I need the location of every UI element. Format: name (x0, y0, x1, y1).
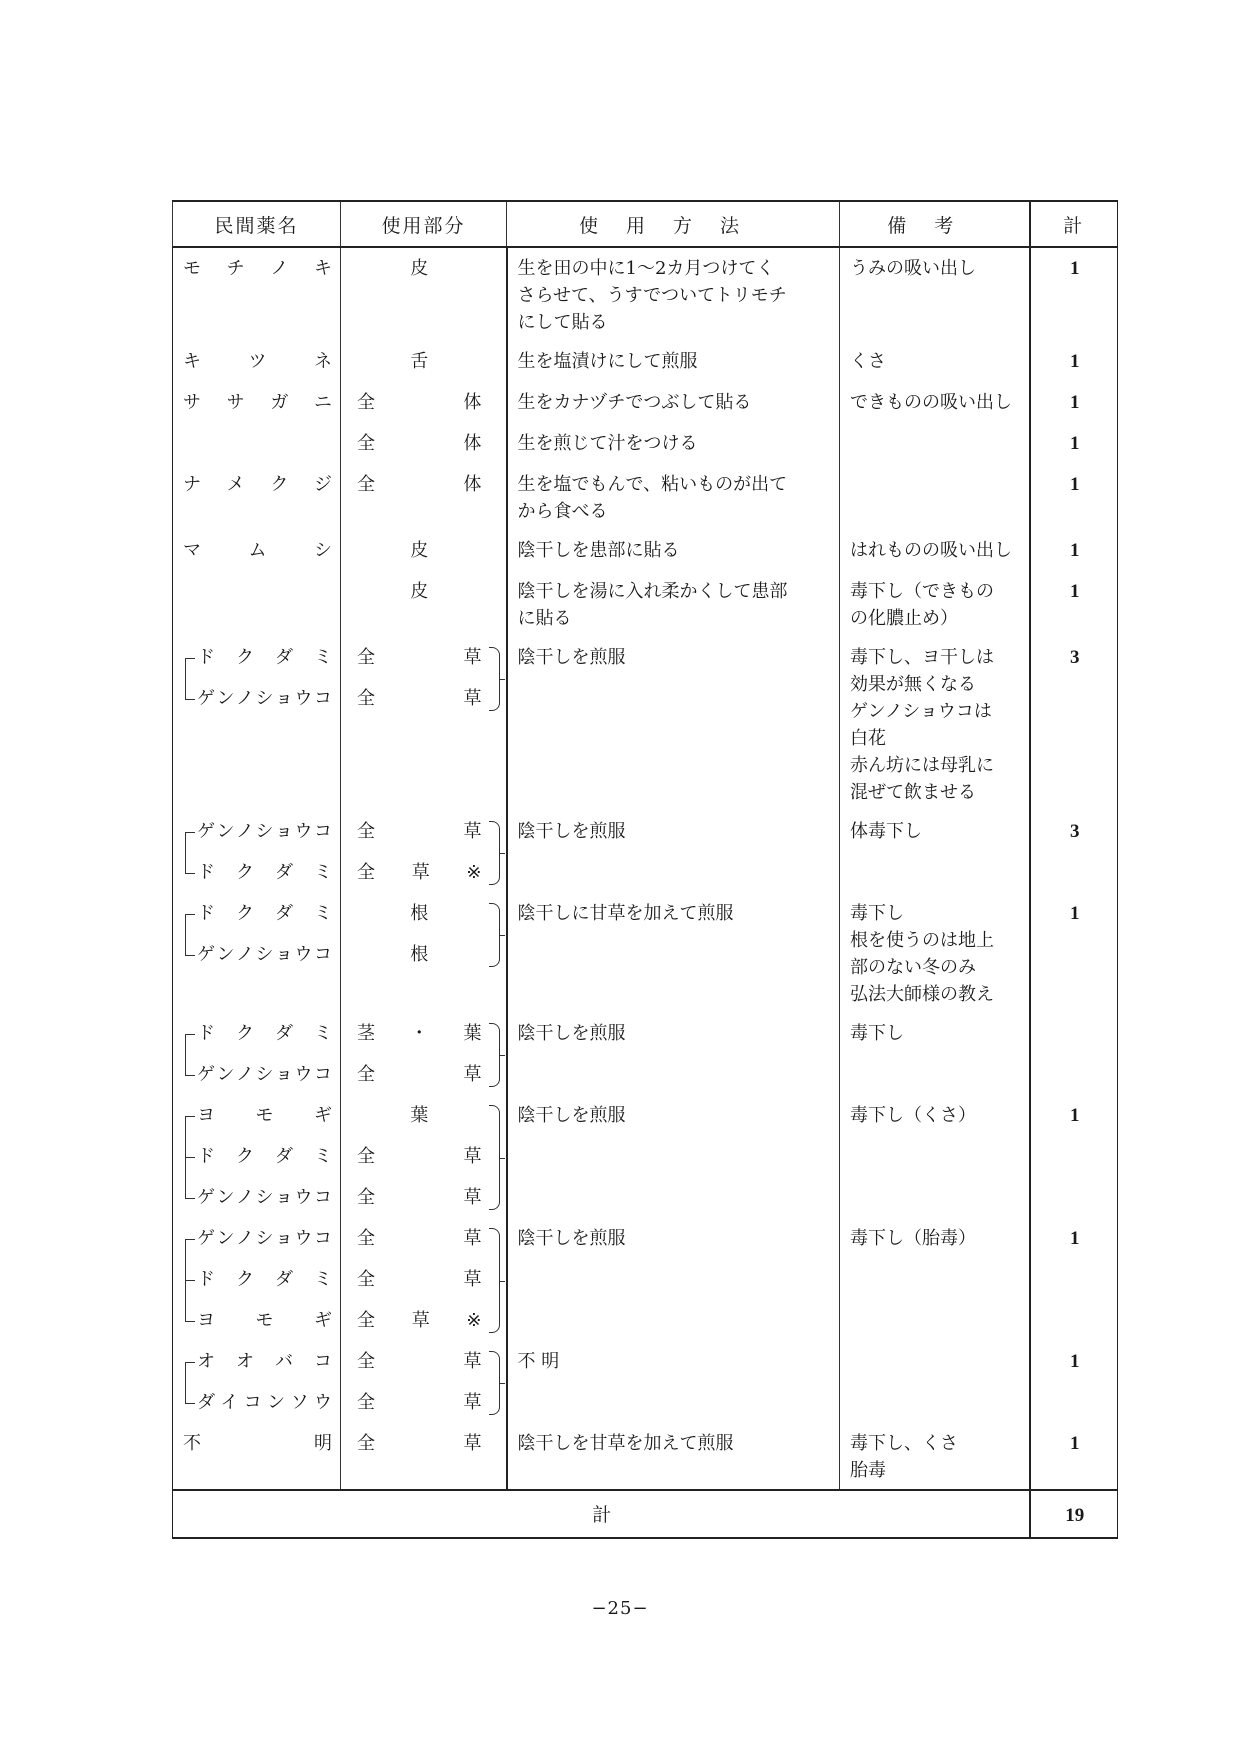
text-token: ク (236, 1259, 254, 1300)
part-used: 全草 (349, 637, 496, 678)
text-token: ミ (314, 852, 332, 893)
text-token: 草 (464, 1054, 482, 1095)
cell-remarks: 毒下し根を使うのは地上部のない冬のみ弘法大師様の教え (840, 893, 1030, 1013)
text-token: コ (314, 1341, 332, 1382)
remarks-text: はれものの吸い出し (850, 537, 1021, 564)
part-used: 皮 (349, 571, 496, 612)
text-token: ョ (275, 1054, 293, 1095)
brace-icon (489, 1228, 500, 1333)
part-group: 全草全草全草※ (349, 1218, 496, 1341)
remarks-text: くさ (850, 348, 1021, 375)
usage-method-text: 陰干しを煎服 (518, 1102, 832, 1129)
text-token: モ (256, 1095, 274, 1136)
text-token: イ (220, 1382, 238, 1423)
cell-count: 1 (1030, 571, 1118, 637)
text-token: ク (236, 893, 254, 934)
header-part-used: 使用部分 (341, 201, 507, 247)
usage-method-text: に貼る (518, 605, 832, 632)
part-group: 全体 (349, 382, 496, 423)
cell-remarks: はれものの吸い出し (840, 530, 1030, 571)
cell-medicine-name (173, 423, 341, 464)
text-token: ミ (314, 637, 332, 678)
text-token: 草 (464, 1136, 482, 1177)
cell-usage-method: 陰干しを甘草を加えて煎服 (507, 1423, 840, 1490)
group-bracket-line (185, 832, 186, 873)
group-bracket-line (185, 658, 186, 699)
text-token: ン (217, 1218, 235, 1259)
text-token: コ (314, 1054, 332, 1095)
brace-icon (489, 1023, 500, 1087)
text-token: コ (314, 1177, 332, 1218)
cell-count: 1 (1030, 382, 1118, 423)
text-token: シ (256, 678, 274, 719)
cell-usage-method: 生を塩漬けにして煎服 (507, 341, 840, 382)
text-token: シ (256, 1218, 274, 1259)
medicine-name: ゲンノショウコ (183, 1054, 332, 1095)
text-token: コ (314, 811, 332, 852)
cell-remarks: 毒下し（胎毒） (840, 1218, 1030, 1341)
remarks-text: 毒下し、ヨ干しは (850, 644, 1021, 671)
medicine-name: モチノキ (183, 248, 332, 289)
cell-medicine-name: ドクダミゲンノショウコ (173, 1013, 341, 1095)
table-row: 全体生を煎じて汁をつける1 (173, 423, 1118, 464)
cell-usage-method: 生を塩でもんで、粘いものが出てから食べる (507, 464, 840, 530)
remarks-text: 毒下し、くさ (850, 1430, 1021, 1457)
text-token: ミ (314, 893, 332, 934)
text-token: シ (256, 811, 274, 852)
table-row: キツネ舌生を塩漬けにして煎服くさ1 (173, 341, 1118, 382)
text-token: ゲ (197, 1218, 215, 1259)
text-token: 体 (464, 464, 482, 505)
cell-usage-method: 陰干しを煎服 (507, 1095, 840, 1218)
cell-usage-method: 陰干しを煎服 (507, 811, 840, 893)
page-number: −25− (0, 1598, 1240, 1619)
name-group: モチノキ (183, 248, 332, 289)
cell-medicine-name: ササガニ (173, 382, 341, 423)
medicine-name: ドクダミ (183, 1259, 332, 1300)
text-token: ノ (236, 934, 254, 975)
remarks-text: 胎毒 (850, 1457, 1021, 1484)
text-token: ※ (466, 1300, 481, 1341)
cell-count: 1 (1030, 1341, 1118, 1423)
cell-count (1030, 1013, 1118, 1095)
text-token: 全 (357, 1300, 375, 1341)
brace-icon (489, 903, 500, 967)
text-token: シ (256, 1177, 274, 1218)
medicine-name: ゲンノショウコ (183, 1177, 332, 1218)
part-group: 全草全草 (349, 637, 496, 719)
text-token: 草 (464, 1177, 482, 1218)
usage-method-text: 生を塩でもんで、粘いものが出て (518, 471, 832, 498)
cell-remarks: できものの吸い出し (840, 382, 1030, 423)
text-token: サ (227, 382, 245, 423)
text-token: 草 (464, 1341, 482, 1382)
text-token: 皮 (410, 571, 428, 612)
medicine-name: ゲンノショウコ (183, 678, 332, 719)
cell-part-used: 全草全草全草※ (341, 1218, 507, 1341)
text-token: ウ (295, 1218, 313, 1259)
part-used: 根 (349, 934, 496, 975)
cell-medicine-name: ナメクジ (173, 464, 341, 530)
part-used: 全草 (349, 811, 496, 852)
cell-usage-method: 生を煎じて汁をつける (507, 423, 840, 464)
text-token: コ (314, 1218, 332, 1259)
part-used: 全草 (349, 1177, 496, 1218)
cell-part-used: 全体 (341, 382, 507, 423)
table-header-row: 民間薬名 使用部分 使用方法 備考 計 (173, 201, 1118, 247)
cell-count: 3 (1030, 637, 1118, 811)
text-token: ゲ (197, 1177, 215, 1218)
text-token: 草 (464, 811, 482, 852)
medicine-name: ドクダミ (183, 1136, 332, 1177)
text-token: ド (197, 637, 215, 678)
cell-usage-method: 陰干しを湯に入れ柔かくして患部に貼る (507, 571, 840, 637)
part-used: 全草 (349, 1341, 496, 1382)
text-token: 全 (357, 1218, 375, 1259)
text-token: キ (183, 341, 201, 382)
text-token: ヨ (197, 1300, 215, 1341)
usage-method-text: 陰干しを煎服 (518, 1225, 832, 1252)
table-row: ゲンノショウコドクダミヨモギ全草全草全草※陰干しを煎服毒下し（胎毒）1 (173, 1218, 1118, 1341)
medicine-name (183, 423, 332, 464)
folk-medicine-table: 民間薬名 使用部分 使用方法 備考 計 モチノキ皮生を田の中に1～2カ月つけてく… (172, 200, 1118, 1539)
brace-icon (489, 1105, 500, 1210)
group-bracket-line (185, 1239, 186, 1321)
cell-count: 1 (1030, 341, 1118, 382)
name-group: ドクダミゲンノショウコ (183, 893, 332, 975)
text-token: 全 (357, 811, 375, 852)
usage-method-text: さらせて、うすでついてトリモチ (518, 282, 832, 309)
cell-medicine-name (173, 571, 341, 637)
table-row: 皮陰干しを湯に入れ柔かくして患部に貼る毒下し（できものの化膿止め）1 (173, 571, 1118, 637)
text-token: 草 (412, 852, 430, 893)
table-row: ゲンノショウコドクダミ全草全草※陰干しを煎服体毒下し3 (173, 811, 1118, 893)
text-token: 全 (357, 852, 375, 893)
part-used: 全体 (349, 382, 496, 423)
brace-icon (489, 1351, 500, 1415)
name-group: マムシ (183, 530, 332, 571)
medicine-name: 不明 (183, 1423, 332, 1464)
text-token: ウ (295, 811, 313, 852)
cell-part-used: 根根 (341, 893, 507, 1013)
table-row: ヨモギドクダミゲンノショウコ葉全草全草陰干しを煎服毒下し（くさ）1 (173, 1095, 1118, 1218)
cell-remarks (840, 1341, 1030, 1423)
usage-method-text: 陰干しを煎服 (518, 644, 832, 671)
text-token: ク (236, 637, 254, 678)
usage-method-text: 不 明 (518, 1348, 832, 1375)
medicine-name: ダイコンソウ (183, 1382, 332, 1423)
text-token: 全 (357, 678, 375, 719)
text-token: 草 (464, 637, 482, 678)
cell-count: 1 (1030, 1095, 1118, 1218)
part-used: 皮 (349, 248, 496, 289)
part-group: 皮 (349, 530, 496, 571)
text-token: ド (197, 1136, 215, 1177)
text-token: 葉 (410, 1095, 428, 1136)
text-token: ノ (236, 811, 254, 852)
text-token: 舌 (410, 341, 428, 382)
text-token: ゲ (197, 678, 215, 719)
text-token: ニ (314, 382, 332, 423)
part-used: 全草※ (349, 1300, 496, 1341)
part-group: 全草全草※ (349, 811, 496, 893)
part-group: 葉全草全草 (349, 1095, 496, 1218)
name-group: ヨモギドクダミゲンノショウコ (183, 1095, 332, 1218)
text-token: ダ (275, 893, 293, 934)
cell-usage-method: 生を田の中に1～2カ月つけてくさらせて、うすでついてトリモチにして貼る (507, 247, 840, 341)
text-token: ダ (197, 1382, 215, 1423)
medicine-name (183, 571, 332, 612)
remarks-text: 毒下し (850, 1020, 1021, 1047)
text-token: メ (227, 464, 245, 505)
remarks-text: 毒下し（胎毒） (850, 1225, 1021, 1252)
part-used: 全体 (349, 423, 496, 464)
remarks-text: 部のない冬のみ (850, 954, 1021, 981)
text-token: ク (236, 1136, 254, 1177)
text-token: ン (217, 811, 235, 852)
text-token: ウ (295, 1054, 313, 1095)
cell-remarks: 毒下し（くさ） (840, 1095, 1030, 1218)
part-group: 全体 (349, 423, 496, 464)
table-row: ドクダミゲンノショウコ根根陰干しに甘草を加えて煎服毒下し根を使うのは地上部のない… (173, 893, 1118, 1013)
total-value: 19 (1030, 1490, 1118, 1538)
remarks-text: 根を使うのは地上 (850, 927, 1021, 954)
usage-method-text: 生を煎じて汁をつける (518, 430, 832, 457)
text-token: 全 (357, 382, 375, 423)
text-token: ョ (275, 934, 293, 975)
text-token: ダ (275, 1259, 293, 1300)
text-token: ノ (236, 1054, 254, 1095)
name-group: オオバコダイコンソウ (183, 1341, 332, 1423)
text-token: ノ (236, 1177, 254, 1218)
text-token: 茎 (357, 1013, 375, 1054)
cell-medicine-name: キツネ (173, 341, 341, 382)
name-group: キツネ (183, 341, 332, 382)
cell-usage-method: 陰干しを煎服 (507, 1218, 840, 1341)
usage-method-text: 生を田の中に1～2カ月つけてく (518, 255, 832, 282)
text-token: ン (217, 1177, 235, 1218)
part-used: 全草 (349, 678, 496, 719)
text-token: ウ (295, 934, 313, 975)
usage-method-text: 陰干しを煎服 (518, 1020, 832, 1047)
text-token: 皮 (410, 530, 428, 571)
text-token: ・ (410, 1013, 428, 1054)
part-group: 全草全草 (349, 1341, 496, 1423)
text-token: コ (244, 1382, 262, 1423)
text-token: ク (236, 852, 254, 893)
remarks-text: 赤ん坊には母乳に (850, 752, 1021, 779)
table-row: ナメクジ全体生を塩でもんで、粘いものが出てから食べる1 (173, 464, 1118, 530)
usage-method-text: 陰干しを甘草を加えて煎服 (518, 1430, 832, 1457)
remarks-text: できものの吸い出し (850, 389, 1021, 416)
text-token: チ (227, 248, 245, 289)
name-group (183, 423, 332, 464)
medicine-name: ドクダミ (183, 637, 332, 678)
part-used: 全草 (349, 1136, 496, 1177)
text-token: ギ (314, 1300, 332, 1341)
text-token: 不 (183, 1423, 201, 1464)
cell-part-used: 全草全草※ (341, 811, 507, 893)
header-usage-method: 使用方法 (507, 201, 840, 247)
medicine-name: ヨモギ (183, 1095, 332, 1136)
name-group: ドクダミゲンノショウコ (183, 637, 332, 719)
cell-count: 1 (1030, 247, 1118, 341)
text-token: ク (236, 1013, 254, 1054)
text-token: 全 (357, 464, 375, 505)
part-used: 全草※ (349, 852, 496, 893)
text-token: 全 (357, 1423, 375, 1464)
remarks-text: うみの吸い出し (850, 255, 1021, 282)
part-used: 根 (349, 893, 496, 934)
text-token: オ (236, 1341, 254, 1382)
text-token: シ (256, 1054, 274, 1095)
remarks-text: 毒下し（できもの (850, 578, 1021, 605)
table-row: ドクダミゲンノショウコ全草全草陰干しを煎服毒下し、ヨ干しは効果が無くなるゲンノシ… (173, 637, 1118, 811)
text-token: ダ (275, 637, 293, 678)
usage-method-text: 生をカナヅチでつぶして貼る (518, 389, 832, 416)
cell-usage-method: 陰干しを煎服 (507, 637, 840, 811)
name-group: ゲンノショウコドクダミヨモギ (183, 1218, 332, 1341)
cell-remarks: うみの吸い出し (840, 247, 1030, 341)
total-label: 計 (173, 1490, 1030, 1538)
text-token: 草 (464, 1218, 482, 1259)
cell-part-used: 茎・葉全草 (341, 1013, 507, 1095)
text-token: コ (314, 678, 332, 719)
cell-medicine-name: ドクダミゲンノショウコ (173, 893, 341, 1013)
text-token: 体 (464, 382, 482, 423)
cell-medicine-name: ゲンノショウコドクダミヨモギ (173, 1218, 341, 1341)
text-token: 全 (357, 1259, 375, 1300)
cell-count: 1 (1030, 893, 1118, 1013)
usage-method-text: 生を塩漬けにして煎服 (518, 348, 832, 375)
text-token: ダ (275, 1136, 293, 1177)
medicine-name: ゲンノショウコ (183, 811, 332, 852)
cell-part-used: 葉全草全草 (341, 1095, 507, 1218)
text-token: ウ (314, 1382, 332, 1423)
text-token: 全 (357, 423, 375, 464)
usage-method-text: にして貼る (518, 309, 832, 336)
text-token: サ (183, 382, 201, 423)
text-token: 根 (410, 893, 428, 934)
name-group: 不明 (183, 1423, 332, 1464)
group-bracket-line (185, 1116, 186, 1198)
cell-medicine-name: マムシ (173, 530, 341, 571)
part-group: 根根 (349, 893, 496, 975)
usage-method-text: 陰干しを湯に入れ柔かくして患部 (518, 578, 832, 605)
header-folk-medicine-name: 民間薬名 (173, 201, 341, 247)
remarks-text: 白花 (850, 725, 1021, 752)
part-group: 全草 (349, 1423, 496, 1464)
cell-remarks (840, 464, 1030, 530)
text-token: ノ (236, 678, 254, 719)
text-token: 皮 (410, 248, 428, 289)
remarks-text: 効果が無くなる (850, 671, 1021, 698)
text-token: ウ (295, 1177, 313, 1218)
table-row: マムシ皮陰干しを患部に貼るはれものの吸い出し1 (173, 530, 1118, 571)
cell-part-used: 皮 (341, 247, 507, 341)
table-row: ドクダミゲンノショウコ茎・葉全草陰干しを煎服毒下し (173, 1013, 1118, 1095)
cell-medicine-name: オオバコダイコンソウ (173, 1341, 341, 1423)
part-used: 全草 (349, 1218, 496, 1259)
part-group: 舌 (349, 341, 496, 382)
text-token: ヨ (197, 1095, 215, 1136)
cell-count: 1 (1030, 423, 1118, 464)
cell-medicine-name: ドクダミゲンノショウコ (173, 637, 341, 811)
text-token: ョ (275, 811, 293, 852)
text-token: モ (183, 248, 201, 289)
cell-remarks (840, 423, 1030, 464)
table-row: ササガニ全体生をカナヅチでつぶして貼るできものの吸い出し1 (173, 382, 1118, 423)
name-group (183, 571, 332, 612)
text-token: 葉 (464, 1013, 482, 1054)
cell-usage-method: 陰干しを患部に貼る (507, 530, 840, 571)
text-token: 草 (464, 1259, 482, 1300)
cell-medicine-name: 不明 (173, 1423, 341, 1490)
part-group: 全体 (349, 464, 496, 505)
cell-part-used: 全体 (341, 464, 507, 530)
text-token: ド (197, 852, 215, 893)
table-row: 不明全草陰干しを甘草を加えて煎服毒下し、くさ胎毒1 (173, 1423, 1118, 1490)
medicine-name: マムシ (183, 530, 332, 571)
cell-part-used: 皮 (341, 530, 507, 571)
cell-usage-method: 陰干しに甘草を加えて煎服 (507, 893, 840, 1013)
text-token: ン (217, 1054, 235, 1095)
text-token: オ (197, 1341, 215, 1382)
part-group: 皮 (349, 248, 496, 289)
text-token: バ (275, 1341, 293, 1382)
text-token: 草 (464, 678, 482, 719)
usage-method-text: 陰干しに甘草を加えて煎服 (518, 900, 832, 927)
remarks-text: 毒下し (850, 900, 1021, 927)
cell-medicine-name: ヨモギドクダミゲンノショウコ (173, 1095, 341, 1218)
text-token: ※ (466, 852, 481, 893)
name-group: ナメクジ (183, 464, 332, 505)
cell-count: 1 (1030, 1218, 1118, 1341)
text-token: ウ (295, 678, 313, 719)
cell-remarks: 体毒下し (840, 811, 1030, 893)
text-token: ド (197, 1013, 215, 1054)
text-token: ダ (275, 852, 293, 893)
part-used: 全草 (349, 1423, 496, 1464)
header-remarks: 備考 (840, 201, 1030, 247)
text-token: 草 (464, 1423, 482, 1464)
remarks-text: 体毒下し (850, 818, 1021, 845)
text-token: ギ (314, 1095, 332, 1136)
remarks-text: の化膿止め） (850, 605, 1021, 632)
text-token: 全 (357, 1382, 375, 1423)
text-token: ド (197, 1259, 215, 1300)
table-body: モチノキ皮生を田の中に1～2カ月つけてくさらせて、うすでついてトリモチにして貼る… (173, 247, 1118, 1490)
cell-remarks: 毒下し、くさ胎毒 (840, 1423, 1030, 1490)
group-bracket-line (185, 914, 186, 955)
part-used: 皮 (349, 530, 496, 571)
part-group: 茎・葉全草 (349, 1013, 496, 1095)
medicine-name: ヨモギ (183, 1300, 332, 1341)
text-token: ゲ (197, 1054, 215, 1095)
name-group: ドクダミゲンノショウコ (183, 1013, 332, 1095)
medicine-name: オオバコ (183, 1341, 332, 1382)
text-token: ョ (275, 1218, 293, 1259)
medicine-name: ナメクジ (183, 464, 332, 505)
text-token: ョ (275, 678, 293, 719)
header-count: 計 (1030, 201, 1118, 247)
text-token: ツ (249, 341, 267, 382)
medicine-name: ドクダミ (183, 893, 332, 934)
text-token: マ (183, 530, 201, 571)
part-used: 全草 (349, 1259, 496, 1300)
group-bracket-line (185, 1034, 186, 1075)
usage-method-text: 陰干しを煎服 (518, 818, 832, 845)
